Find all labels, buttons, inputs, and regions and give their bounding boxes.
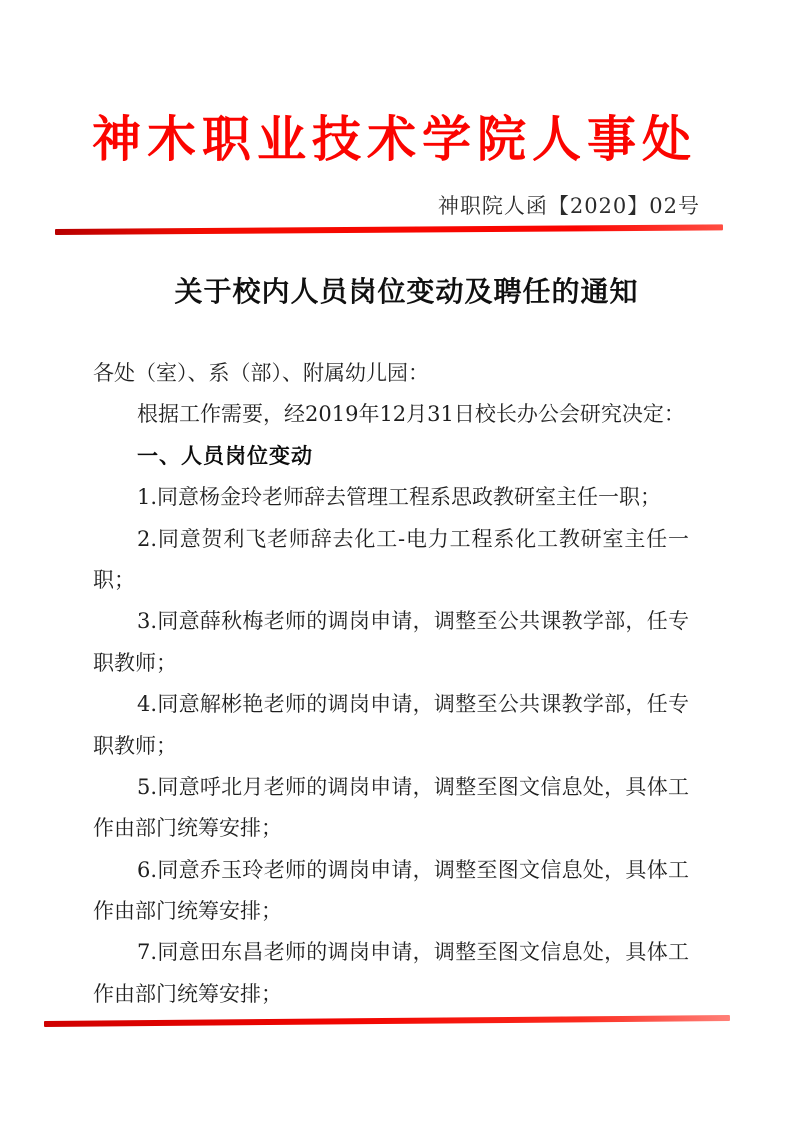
notice-title: 关于校内人员岗位变动及聘任的通知	[93, 272, 700, 312]
body-line: 4.同意解彬艳老师的调岗申请，调整至公共课教学部，任专	[93, 684, 689, 725]
body-line: 1.同意杨金玲老师辞去管理工程系思政教研室主任一职；	[93, 477, 689, 518]
body-line: 3.同意薛秋梅老师的调岗申请，调整至公共课教学部，任专	[93, 601, 689, 642]
body-line: 2.同意贺利飞老师辞去化工-电力工程系化工教研室主任一	[93, 519, 689, 560]
body-line: 作由部门统筹安排；	[93, 891, 689, 932]
body-line: 各处（室）、系（部）、附属幼儿园：	[93, 353, 689, 394]
body-line: 根据工作需要，经2019年12月31日校长办公会研究决定：	[93, 394, 689, 435]
document-number: 神职院人函【2020】02号	[438, 193, 700, 219]
body-line: 职教师；	[93, 726, 689, 767]
body-line: 5.同意呼北月老师的调岗申请，调整至图文信息处，具体工	[93, 767, 689, 808]
body-section-heading: 一、人员岗位变动	[93, 436, 689, 477]
document-page: 神木职业技术学院人事处 神职院人函【2020】02号 关于校内人员岗位变动及聘任…	[0, 0, 793, 1122]
body-line: 职教师；	[93, 643, 689, 684]
body-line: 作由部门统筹安排；	[93, 808, 689, 849]
red-separator-bottom	[44, 1015, 730, 1027]
body-line: 7.同意田东昌老师的调岗申请，调整至图文信息处，具体工	[93, 932, 689, 973]
issuing-department-header: 神木职业技术学院人事处	[92, 108, 702, 170]
notice-body: 各处（室）、系（部）、附属幼儿园： 根据工作需要，经2019年12月31日校长办…	[93, 353, 689, 1015]
body-line: 作由部门统筹安排；	[93, 974, 689, 1015]
body-line: 职；	[93, 560, 689, 601]
body-line: 6.同意乔玉玲老师的调岗申请，调整至图文信息处，具体工	[93, 850, 689, 891]
red-separator-top	[55, 224, 723, 235]
